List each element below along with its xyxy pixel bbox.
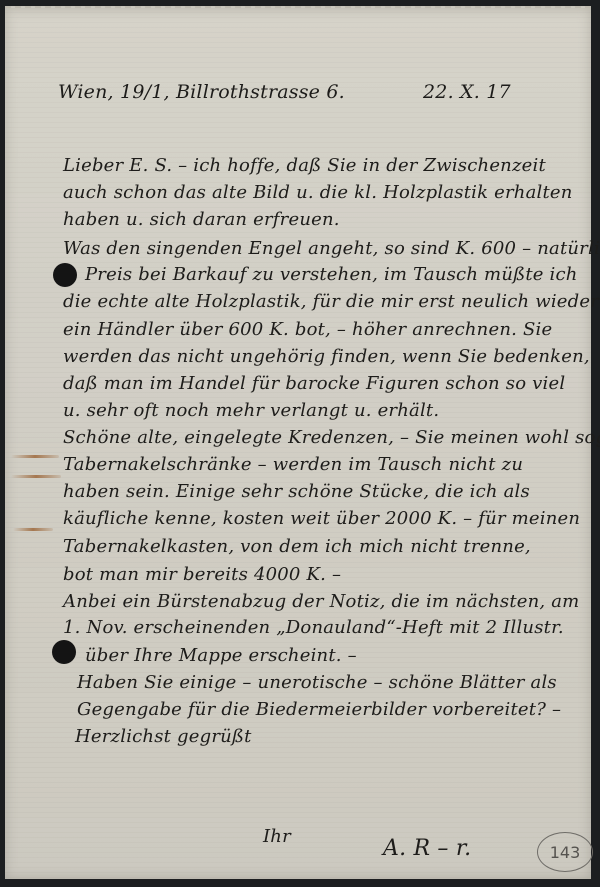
letter-line: Herzlichst gegrüßt [75, 726, 252, 748]
letter-line: werden das nicht ungehörig finden, wenn … [63, 346, 590, 368]
letter-line: käufliche kenne, kosten weit über 2000 K… [63, 508, 580, 530]
letter-closing: Ihr [263, 826, 291, 848]
letter-line: u. sehr oft noch mehr verlangt u. erhält… [63, 400, 439, 422]
letter-line: Lieber E. S. – ich hoffe, daß Sie in der… [63, 155, 546, 177]
letter-line: Schöne alte, eingelegte Kredenzen, – Sie… [63, 427, 600, 449]
letter-line: Was den singenden Engel angeht, so sind … [63, 238, 600, 260]
letter-page: Wien, 19/1, Billrothstrasse 6. 22. X. 17… [5, 6, 591, 879]
letter-line: Haben Sie einige – unerotische – schöne … [77, 672, 557, 694]
letter-line: 1. Nov. erscheinenden „Donauland“-Heft m… [63, 617, 564, 639]
letter-date: 22. X. 17 [423, 81, 511, 103]
letter-line: über Ihre Mappe erscheint. – [85, 645, 357, 667]
rust-stain [11, 475, 61, 478]
letter-line: auch schon das alte Bild u. die kl. Holz… [63, 182, 573, 204]
letter-line: Tabernakelschränke – werden im Tausch ni… [63, 454, 523, 476]
letter-line: Gegengabe für die Biedermeierbilder vorb… [77, 699, 561, 721]
rust-stain [11, 455, 59, 458]
letter-line: ein Händler über 600 K. bot, – höher anr… [63, 319, 552, 341]
letter-address: Wien, 19/1, Billrothstrasse 6. [58, 81, 345, 103]
letter-line: Tabernakelkasten, von dem ich mich nicht… [63, 536, 531, 558]
letter-signature: A. R – r. [383, 838, 471, 860]
punch-hole-icon [53, 263, 77, 287]
letter-line: haben u. sich daran erfreuen. [63, 209, 340, 231]
archive-number-stamp: 143 [537, 832, 593, 872]
punch-hole-icon [52, 640, 76, 664]
letter-line: Preis bei Barkauf zu verstehen, im Tausc… [85, 264, 578, 286]
letter-line: die echte alte Holzplastik, für die mir … [63, 291, 599, 313]
letter-line: bot man mir bereits 4000 K. – [63, 564, 341, 586]
letter-line: daß man im Handel für barocke Figuren sc… [63, 373, 565, 395]
letter-line: Anbei ein Bürstenabzug der Notiz, die im… [63, 591, 579, 613]
letter-line: haben sein. Einige sehr schöne Stücke, d… [63, 481, 530, 503]
rust-stain [13, 528, 53, 531]
